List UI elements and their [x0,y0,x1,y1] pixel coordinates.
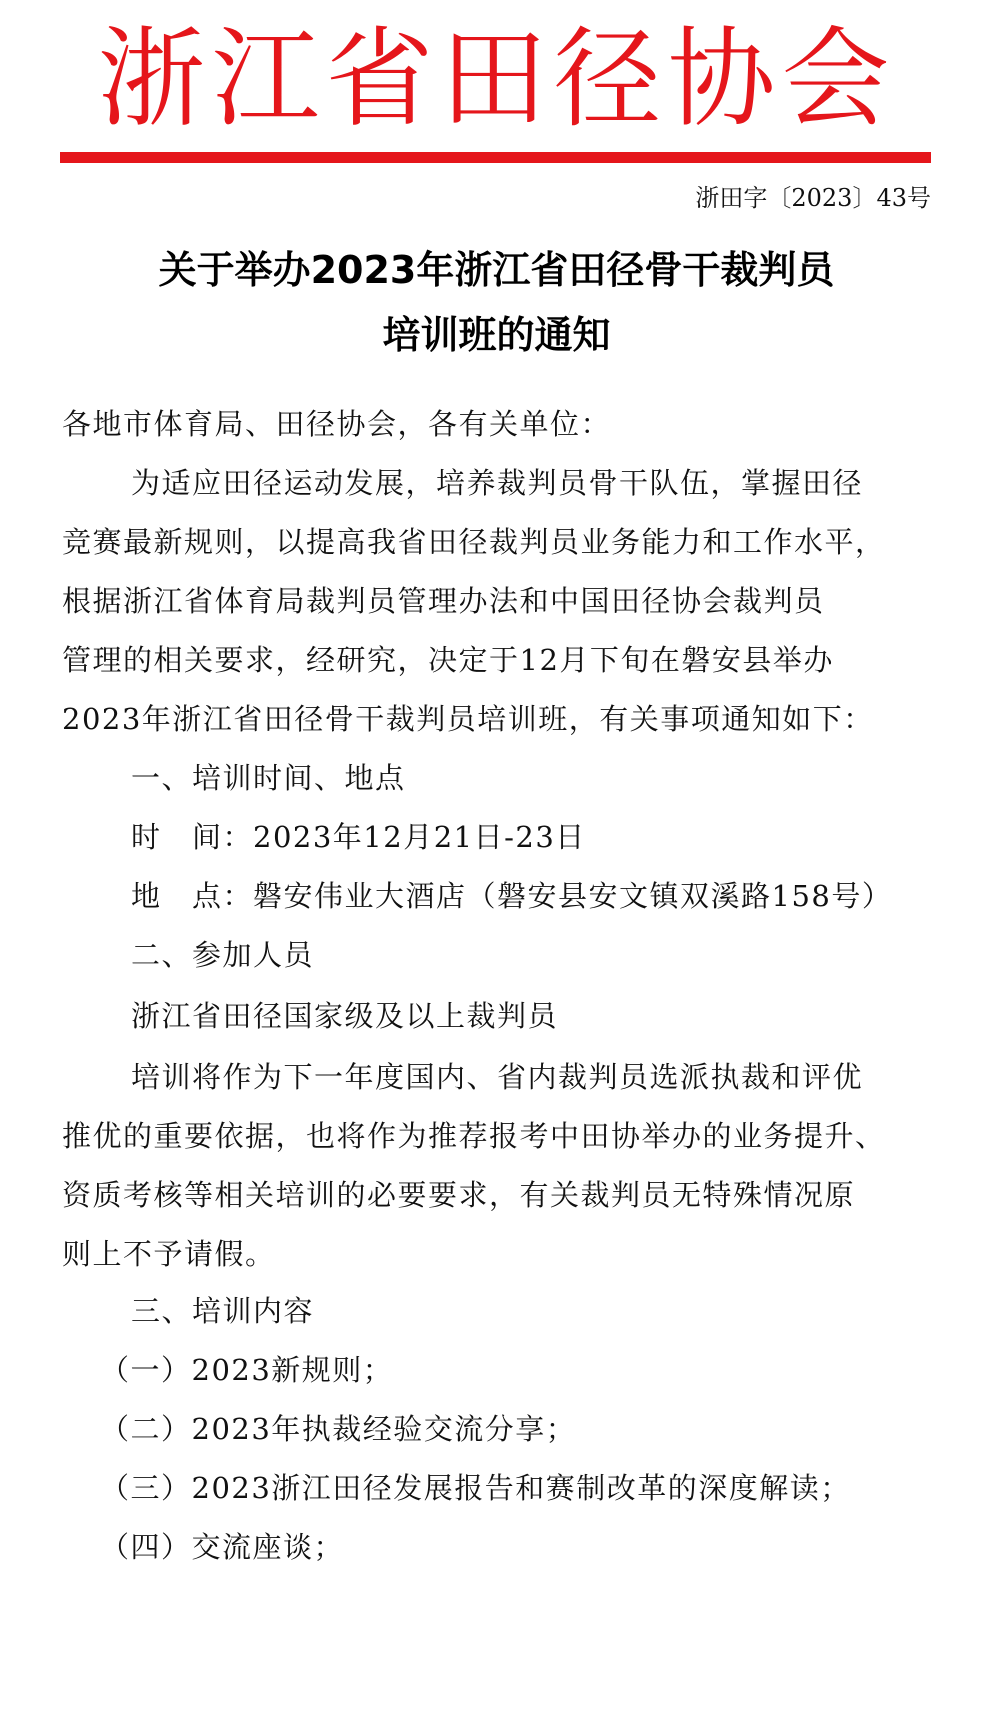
training-location: 地 点：磐安伟业大酒店（磐安县安文镇双溪路158号） [131,878,892,914]
note-line: 培训将作为下一年度国内、省内裁判员选派执裁和评优 [131,1059,863,1095]
section-2-heading: 二、参加人员 [131,937,314,973]
intro-line: 根据浙江省体育局裁判员管理办法和中国田径协会裁判员 [62,583,825,619]
participants: 浙江省田径国家级及以上裁判员 [131,998,558,1034]
document-title-line-1: 关于举办2023年浙江省田径骨干裁判员 [0,247,993,293]
note-line: 推优的重要依据，也将作为推荐报考中田协举办的业务提升、 [62,1118,886,1154]
note-line: 则上不予请假。 [62,1236,276,1272]
document-title-line-2: 培训班的通知 [0,312,993,358]
content-item: （一）2023新规则； [100,1352,393,1388]
section-1-heading: 一、培训时间、地点 [131,760,406,796]
red-header-rule [60,152,931,163]
content-item: （二）2023年执裁经验交流分享； [100,1411,576,1447]
intro-line: 管理的相关要求，经研究，决定于12月下旬在磐安县举办 [62,642,834,678]
content-item: （三）2023浙江田径发展报告和赛制改革的深度解读； [100,1470,851,1506]
salutation: 各地市体育局、田径协会，各有关单位： [62,406,611,442]
training-time: 时 间：2023年12月21日-23日 [131,819,586,855]
intro-line: 2023年浙江省田径骨干裁判员培训班，有关事项通知如下： [62,701,874,737]
organization-masthead: 浙江省田径协会 [0,20,993,140]
note-line: 资质考核等相关培训的必要要求，有关裁判员无特殊情况原 [62,1177,855,1213]
intro-line: 为适应田径运动发展，培养裁判员骨干队伍，掌握田径 [131,465,863,501]
intro-line: 竞赛最新规则，以提高我省田径裁判员业务能力和工作水平， [62,524,886,560]
section-3-heading: 三、培训内容 [131,1293,314,1329]
document-number: 浙田字〔2023〕43号 [695,183,931,213]
content-item: （四）交流座谈； [100,1529,344,1565]
